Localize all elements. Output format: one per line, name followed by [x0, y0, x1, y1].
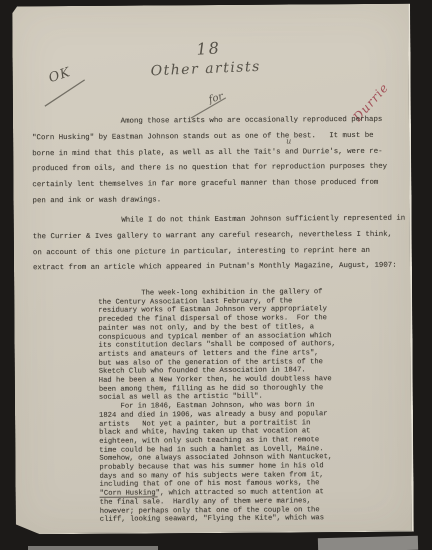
handwritten-section-title: Other artists [150, 59, 261, 80]
typed-paragraph-1: Among those artists who are occasionally… [32, 113, 387, 210]
mat-edge-bottom-left [28, 546, 158, 550]
mat-edge-bottom-right [318, 536, 418, 550]
manuscript-page: OK 18 Other artists for u Durrie Among t… [12, 4, 414, 535]
typed-block-quote: The week-long exhibition in the gallery … [98, 288, 337, 525]
typed-paragraph-2: While I do not think Eastman Johnson suf… [33, 212, 406, 278]
handwritten-page-number: 18 [196, 38, 221, 58]
handwritten-insertion-word: for [208, 91, 225, 106]
pencil-ok-mark: OK [47, 65, 73, 86]
corn-husking-underline [100, 496, 158, 497]
